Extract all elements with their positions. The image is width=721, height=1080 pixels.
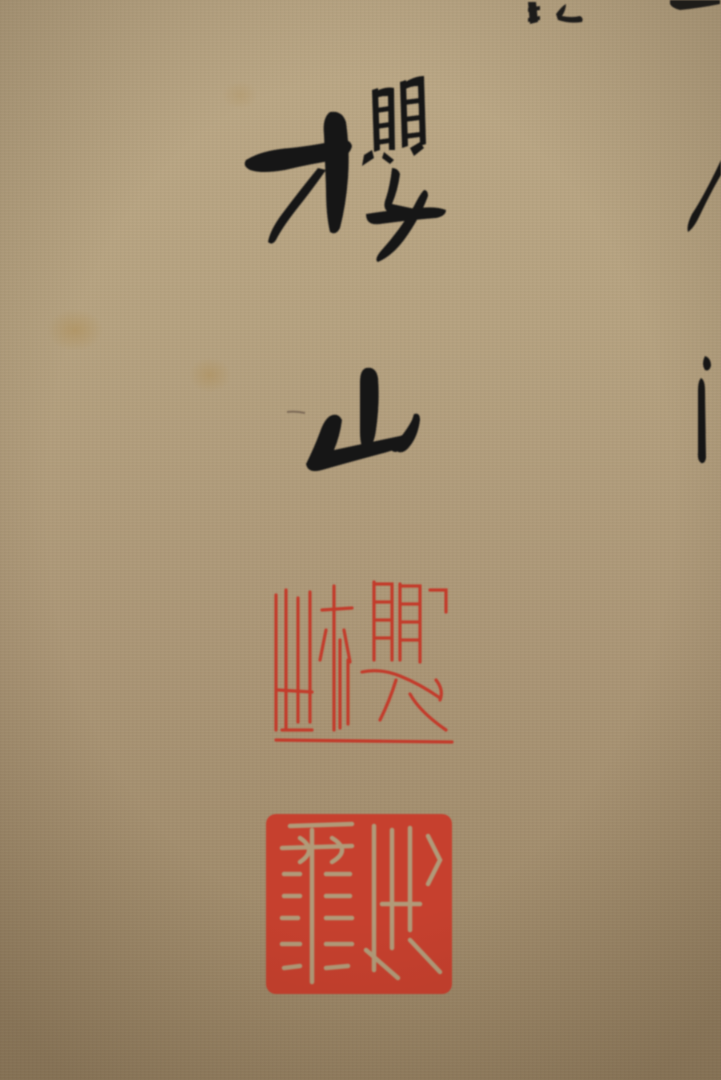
scroll-photo: 櫻山 櫻山 敬筆 說: [0, 0, 721, 1080]
calligraphy-layer: [0, 0, 721, 1080]
signature-char-yama: [287, 368, 420, 471]
lower-seal: [266, 814, 452, 994]
right-edge-strokes: [688, 160, 721, 463]
signature-char-sakura: [245, 76, 446, 262]
upper-seal: [276, 582, 452, 742]
top-fragment-strokes: [528, 0, 720, 24]
